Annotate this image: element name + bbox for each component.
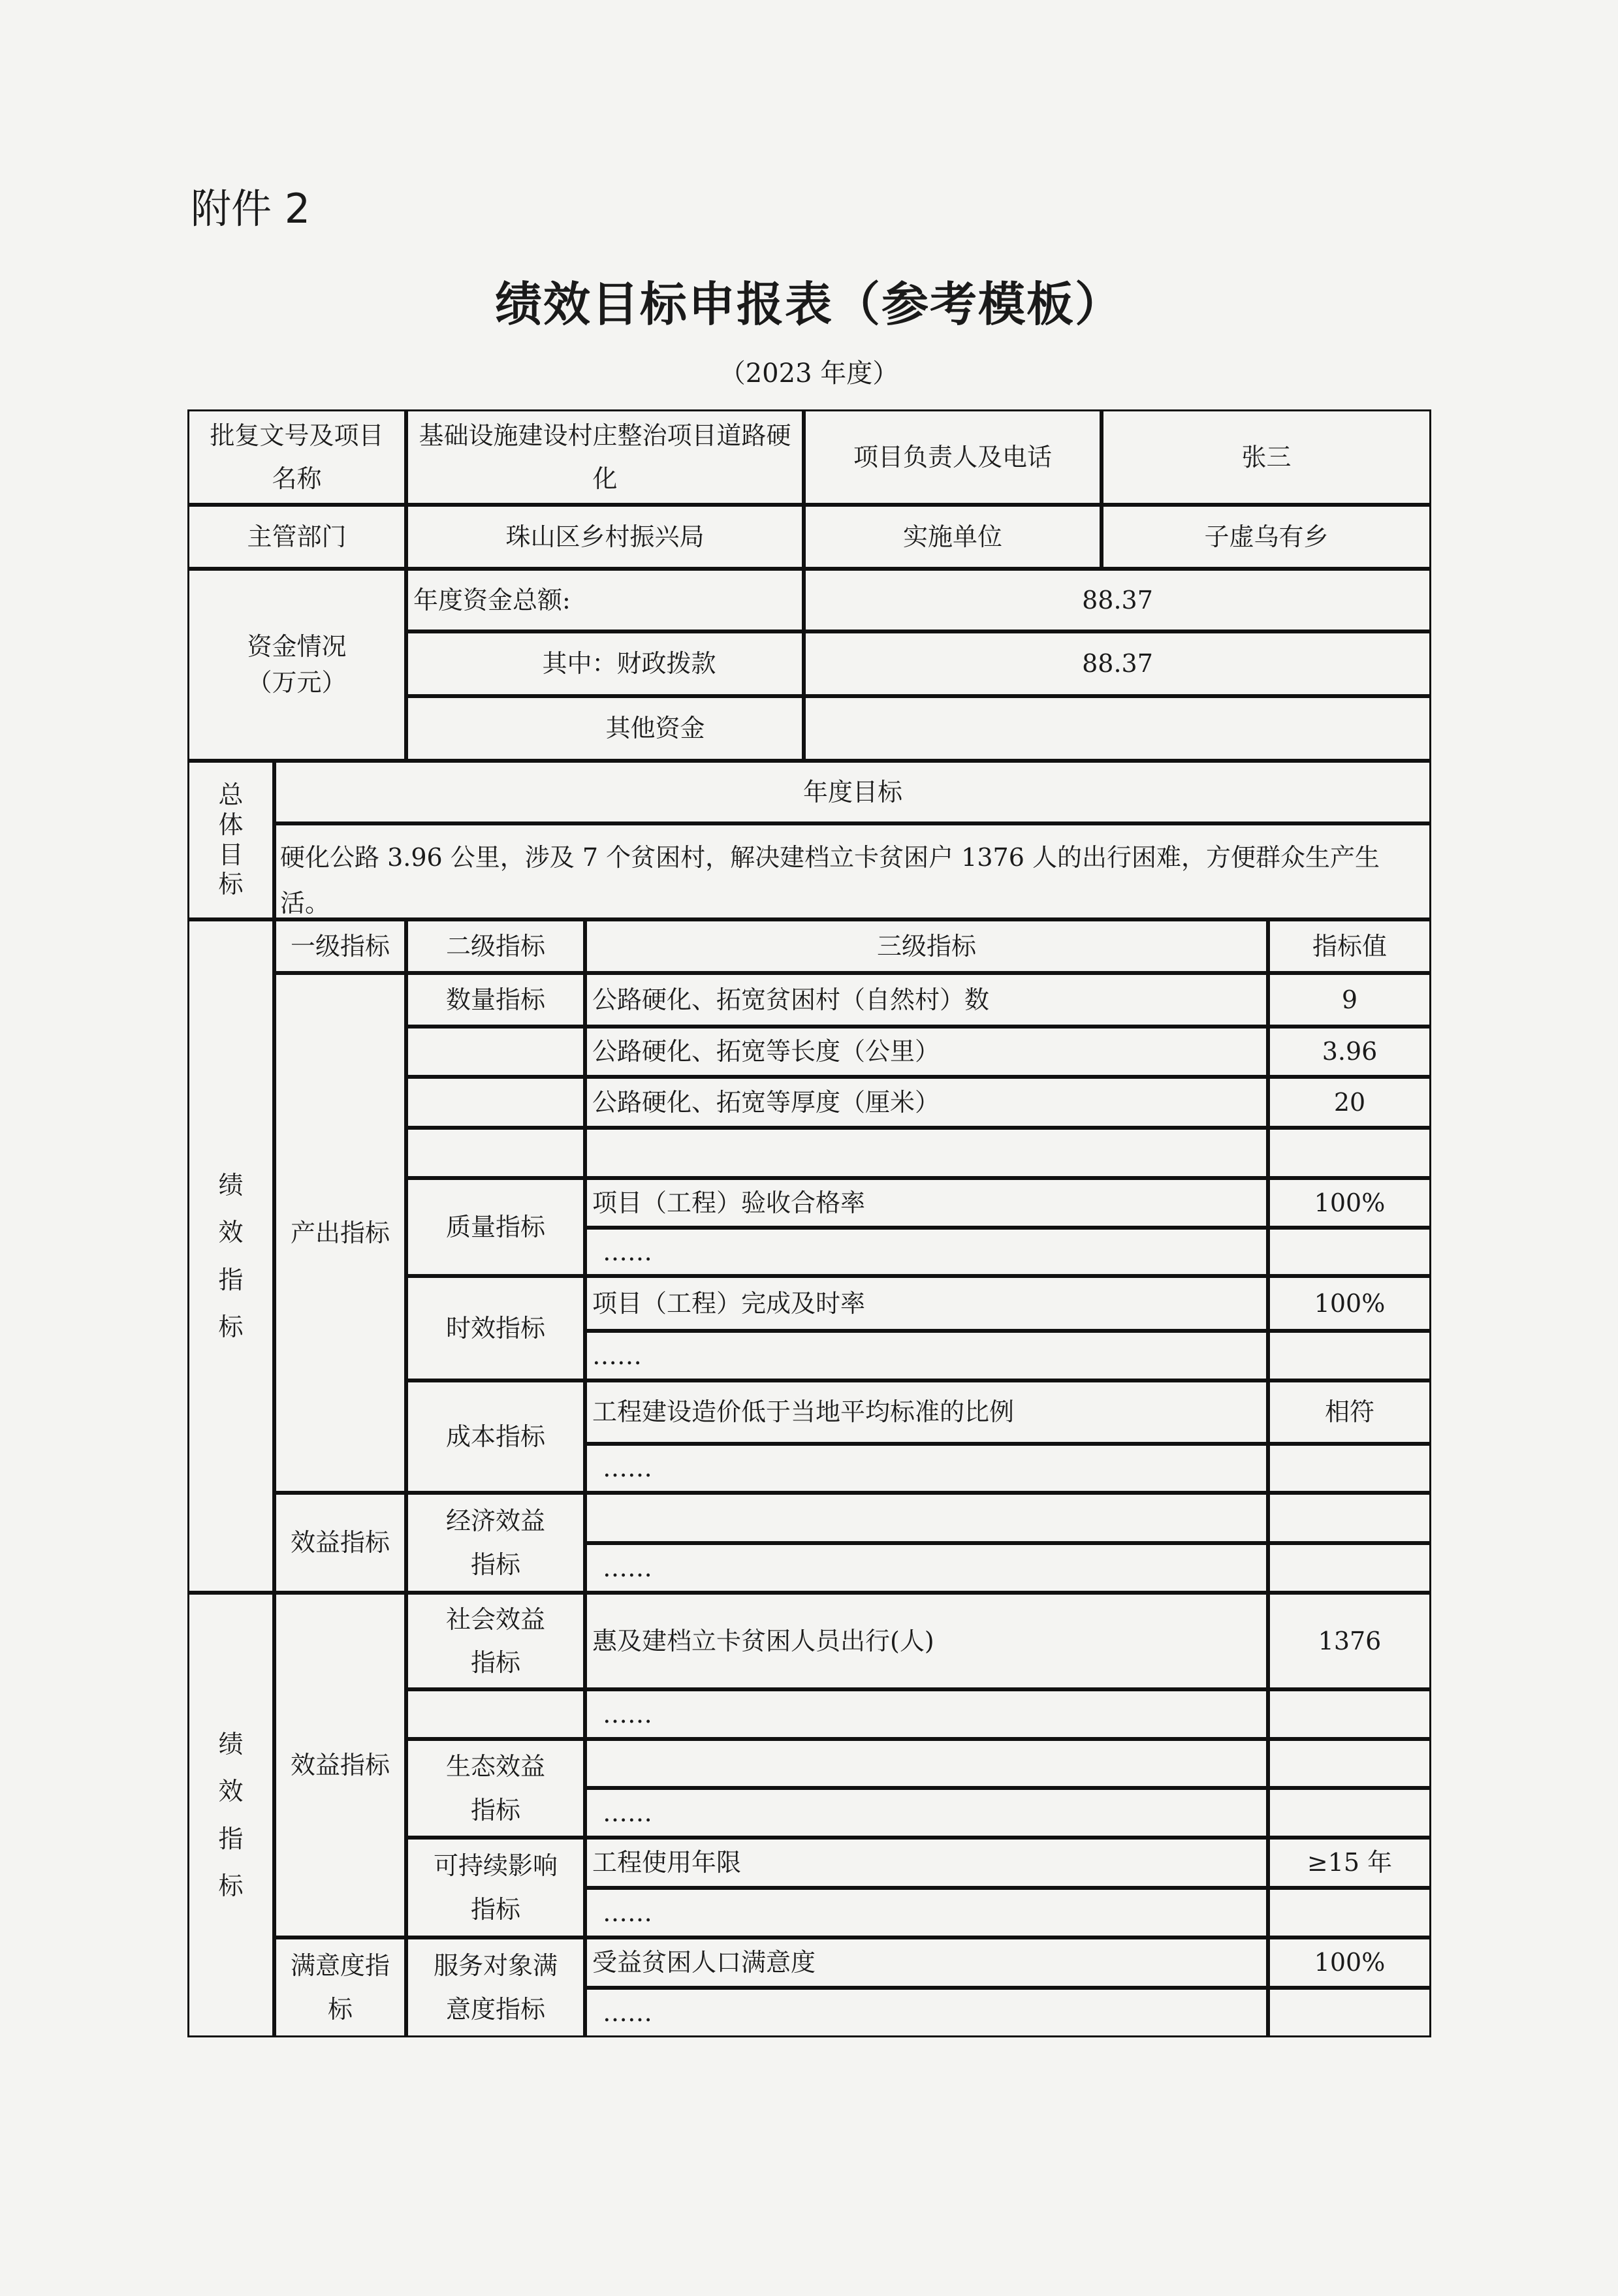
- level1-benefit: 效益指标: [274, 1493, 406, 1593]
- level3-item: 工程使用年限: [585, 1838, 1268, 1888]
- level2-ecological: 生态效益指标: [406, 1739, 585, 1838]
- level2-empty: [406, 1077, 585, 1128]
- level3-item: ……: [585, 1331, 1268, 1380]
- level1-output: 产出指标: [274, 973, 406, 1493]
- level2-timeliness: 时效指标: [406, 1276, 585, 1380]
- level3-item: 项目（工程）完成及时率: [585, 1276, 1268, 1331]
- level2-economic: 经济效益指标: [406, 1493, 585, 1593]
- indicator-value: [1268, 1128, 1431, 1178]
- indicator-value: 3.96: [1268, 1027, 1431, 1077]
- dept-value: 珠山区乡村振兴局: [406, 505, 804, 569]
- indicator-value: 9: [1268, 973, 1431, 1027]
- level2-social: 社会效益指标: [406, 1593, 585, 1689]
- annual-total-value: 88.37: [804, 569, 1431, 631]
- level3-item: 项目（工程）验收合格率: [585, 1178, 1268, 1228]
- indicator-value: [1268, 1444, 1431, 1493]
- indicator-value: 20: [1268, 1077, 1431, 1128]
- funding-section-label: 资金情况 （万元）: [187, 569, 406, 761]
- other-funds-label: 其他资金: [406, 696, 804, 761]
- dept-label: 主管部门: [187, 505, 406, 569]
- overall-goal-section-label: 总 体 目 标: [187, 761, 274, 919]
- indicator-value: 100%: [1268, 1178, 1431, 1228]
- funding-unit: （万元）: [247, 665, 346, 701]
- indicator-value: [1268, 1739, 1431, 1788]
- level3-item: [585, 1739, 1268, 1788]
- indicator-value: [1268, 1888, 1431, 1937]
- funding-label: 资金情况: [247, 629, 346, 665]
- level3-item: [585, 1128, 1268, 1178]
- indicator-value: [1268, 1988, 1431, 2037]
- other-funds-value: [804, 696, 1431, 761]
- level1-benefit: 效益指标: [274, 1593, 406, 1937]
- annual-total-label: 年度资金总额:: [406, 569, 804, 631]
- project-leader-value: 张三: [1102, 409, 1431, 505]
- level3-item: ……: [585, 1543, 1268, 1593]
- level2-quantity: 数量指标: [406, 973, 585, 1027]
- level2-empty: [406, 1689, 585, 1739]
- level2-quality: 质量指标: [406, 1178, 585, 1276]
- indicator-value: [1268, 1331, 1431, 1380]
- annual-goal-header: 年度目标: [274, 761, 1431, 823]
- indicator-value: ≥15 年: [1268, 1838, 1431, 1888]
- level2-service-satisfaction: 服务对象满意度指标: [406, 1937, 585, 2037]
- indicators-section-label-2: 绩 效 指 标: [187, 1593, 274, 2037]
- header-level1: 一级指标: [274, 919, 406, 973]
- project-name-value: 基础设施建设村庄整治项目道路硬化: [406, 409, 804, 505]
- indicators-section-label-1: 绩 效 指 标: [187, 919, 274, 1593]
- level2-cost: 成本指标: [406, 1380, 585, 1493]
- indicator-value: [1268, 1543, 1431, 1593]
- header-level2: 二级指标: [406, 919, 585, 973]
- project-leader-label: 项目负责人及电话: [804, 409, 1102, 505]
- level3-item: ……: [585, 1444, 1268, 1493]
- level2-empty: [406, 1027, 585, 1077]
- level3-item: 公路硬化、拓宽等长度（公里）: [585, 1027, 1268, 1077]
- annual-goal-text: 硬化公路 3.96 公里，涉及 7 个贫困村，解决建档立卡贫困户 1376 人的…: [274, 823, 1431, 919]
- project-name-label: 批复文号及项目名称: [187, 409, 406, 505]
- level3-item: 惠及建档立卡贫困人员出行(人): [585, 1593, 1268, 1689]
- level2-empty: [406, 1128, 585, 1178]
- indicator-value: 相符: [1268, 1380, 1431, 1444]
- indicator-value: 100%: [1268, 1937, 1431, 1988]
- indicator-value: [1268, 1689, 1431, 1739]
- level3-item: ……: [585, 1988, 1268, 2037]
- level3-item: 工程建设造价低于当地平均标准的比例: [585, 1380, 1268, 1444]
- page-title: 绩效目标申报表（参考模板）: [0, 266, 1618, 334]
- level3-item: ……: [585, 1888, 1268, 1937]
- level3-item: 公路硬化、拓宽等厚度（厘米）: [585, 1077, 1268, 1128]
- impl-unit-value: 子虚乌有乡: [1102, 505, 1431, 569]
- header-level3: 三级指标: [585, 919, 1268, 973]
- fiscal-allocation-label: 其中：财政拨款: [406, 631, 804, 696]
- indicator-value: [1268, 1493, 1431, 1543]
- level3-item: ……: [585, 1228, 1268, 1276]
- indicator-value: [1268, 1788, 1431, 1838]
- impl-unit-label: 实施单位: [804, 505, 1102, 569]
- level1-satisfaction: 满意度指标: [274, 1937, 406, 2037]
- header-value: 指标值: [1268, 919, 1431, 973]
- indicator-value: [1268, 1228, 1431, 1276]
- fiscal-allocation-value: 88.37: [804, 631, 1431, 696]
- level3-item: [585, 1493, 1268, 1543]
- indicator-value: 100%: [1268, 1276, 1431, 1331]
- level3-item: 受益贫困人口满意度: [585, 1937, 1268, 1988]
- level3-item: ……: [585, 1689, 1268, 1739]
- attachment-label: 附件 2: [191, 176, 310, 234]
- level3-item: ……: [585, 1788, 1268, 1838]
- page-subtitle: （2023 年度）: [0, 353, 1618, 390]
- level3-item: 公路硬化、拓宽贫困村（自然村）数: [585, 973, 1268, 1027]
- indicator-value: 1376: [1268, 1593, 1431, 1689]
- level2-sustainable: 可持续影响指标: [406, 1838, 585, 1937]
